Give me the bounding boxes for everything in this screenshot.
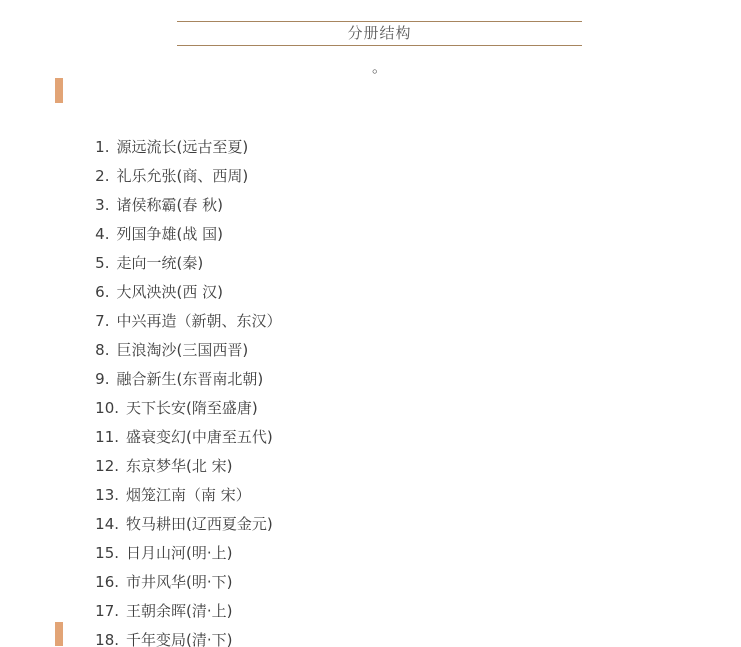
list-item-title: 东京梦华(北 宋) — [126, 457, 232, 475]
list-item: 1.源远流长(远古至夏) — [57, 104, 281, 133]
list-item-title: 牧马耕田(辽西夏金元) — [126, 515, 273, 533]
list-item-title: 巨浪淘沙(三国西晋) — [116, 341, 248, 359]
section-header: 分册结构 — [177, 21, 582, 46]
list-item-number: 5. — [95, 254, 109, 272]
volume-list: 1.源远流长(远古至夏) 2.礼乐允张(商、西周) 3.诸侯称霸(春 秋) 4.… — [57, 104, 281, 626]
list-item-number: 8. — [95, 341, 109, 359]
highlight-marker-top — [55, 78, 63, 103]
list-item-number: 16. — [95, 573, 119, 591]
list-item-number: 14. — [95, 515, 119, 533]
highlight-marker-bottom — [55, 622, 63, 646]
list-item-number: 15. — [95, 544, 119, 562]
list-item-title: 日月山河(明·上) — [126, 544, 232, 562]
list-item-title: 盛衰变幻(中唐至五代) — [126, 428, 273, 446]
list-item-title: 诸侯称霸(春 秋) — [116, 196, 222, 214]
list-item-number: 18. — [95, 631, 119, 647]
list-item-title: 王朝余晖(清·上) — [126, 602, 232, 620]
list-item-title: 烟笼江南（南 宋） — [126, 486, 251, 504]
list-item-title: 礼乐允张(商、西周) — [116, 167, 248, 185]
list-item-title: 大风泱泱(西 汉) — [116, 283, 222, 301]
list-item-number: 3. — [95, 196, 109, 214]
list-item-title: 源远流长(远古至夏) — [116, 138, 248, 156]
list-item-title: 市井风华(明·下) — [126, 573, 232, 591]
list-item-title: 中兴再造（新朝、东汉） — [116, 312, 281, 330]
list-item-number: 10. — [95, 399, 119, 417]
list-item-title: 融合新生(东晋南北朝) — [116, 370, 263, 388]
document-page: 分册结构 。 1.源远流长(远古至夏) 2.礼乐允张(商、西周) 3.诸侯称霸(… — [0, 0, 741, 647]
list-item-number: 6. — [95, 283, 109, 301]
list-item-number: 4. — [95, 225, 109, 243]
list-item-number: 9. — [95, 370, 109, 388]
intro-paragraph: 。 — [177, 59, 582, 75]
list-item-number: 2. — [95, 167, 109, 185]
list-item-number: 13. — [95, 486, 119, 504]
list-item-title: 列国争雄(战 国) — [116, 225, 222, 243]
list-item-number: 11. — [95, 428, 119, 446]
section-title: 分册结构 — [347, 24, 411, 42]
list-item-number: 1. — [95, 138, 109, 156]
list-item-number: 7. — [95, 312, 109, 330]
list-item-title: 走向一统(秦) — [116, 254, 203, 272]
list-item-number: 17. — [95, 602, 119, 620]
list-item-title: 天下长安(隋至盛唐) — [126, 399, 258, 417]
list-item-title: 千年变局(清·下) — [126, 631, 232, 647]
list-item-number: 12. — [95, 457, 119, 475]
